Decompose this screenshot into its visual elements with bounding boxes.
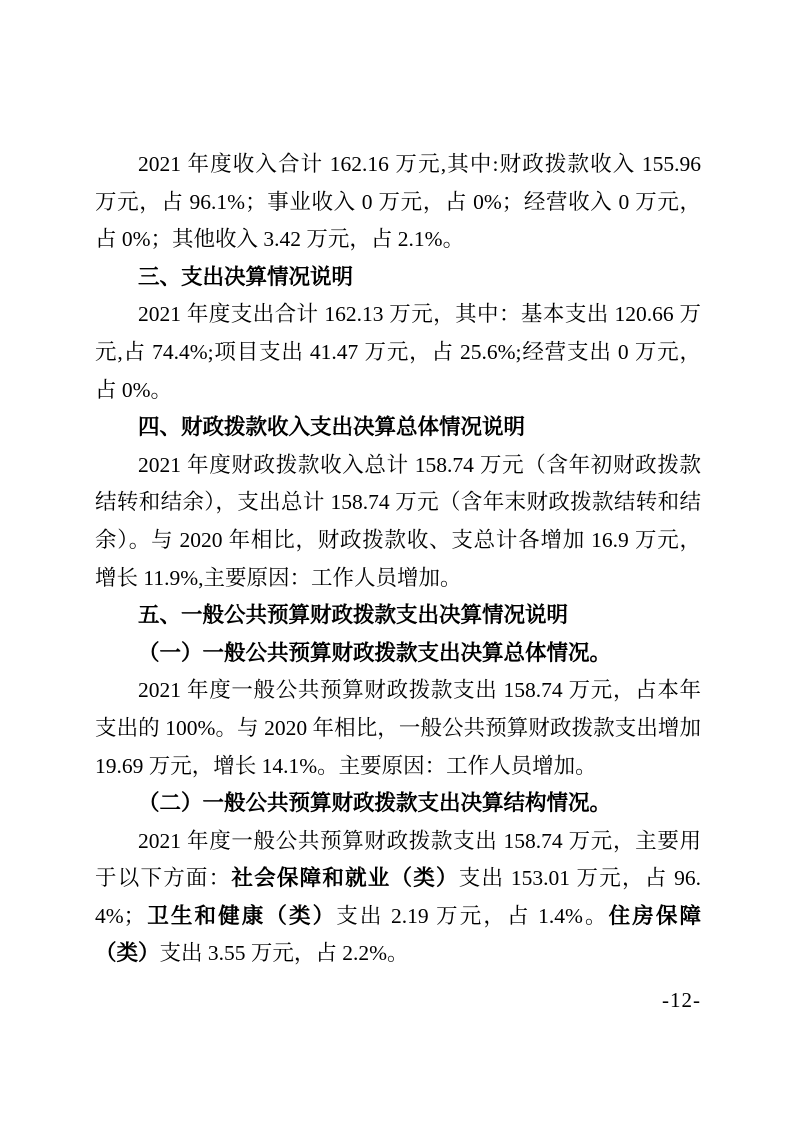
document-body: 2021 年度收入合计 162.16 万元,其中:财政拨款收入 155.96 万… (95, 146, 701, 973)
document-page: 2021 年度收入合计 162.16 万元,其中:财政拨款收入 155.96 万… (0, 0, 793, 1122)
subheading-general-budget-overall: （一）一般公共预算财政拨款支出决算总体情况。 (95, 635, 701, 673)
subheading-general-budget-structure: （二）一般公共预算财政拨款支出决算结构情况。 (95, 785, 701, 823)
structure-segment-health-value: 支出 2.19 万元，占 1.4%。 (336, 904, 608, 928)
paragraph-income-summary: 2021 年度收入合计 162.16 万元,其中:财政拨款收入 155.96 万… (95, 146, 701, 259)
section-heading-general-public-budget: 五、一般公共预算财政拨款支出决算情况说明 (95, 597, 701, 635)
paragraph-general-budget-overall: 2021 年度一般公共预算财政拨款支出 158.74 万元，占本年支出的 100… (95, 672, 701, 785)
bold-term-social-security-employment: 社会保障和就业（类） (231, 866, 458, 890)
page-number: -12- (662, 986, 701, 1014)
bold-term-health: 卫生和健康（类） (145, 904, 336, 928)
paragraph-expenditure-summary: 2021 年度支出合计 162.13 万元，其中：基本支出 120.66 万元,… (95, 296, 701, 409)
section-heading-expenditure: 三、支出决算情况说明 (95, 259, 701, 297)
structure-segment-housing-value: 支出 3.55 万元，占 2.2%。 (160, 941, 409, 965)
paragraph-general-budget-structure: 2021 年度一般公共预算财政拨款支出 158.74 万元，主要用于以下方面：社… (95, 823, 701, 973)
paragraph-fiscal-appropriation-total: 2021 年度财政拨款收入总计 158.74 万元（含年初财政拨款结转和结余），… (95, 447, 701, 597)
section-heading-fiscal-appropriation: 四、财政拨款收入支出决算总体情况说明 (95, 409, 701, 447)
